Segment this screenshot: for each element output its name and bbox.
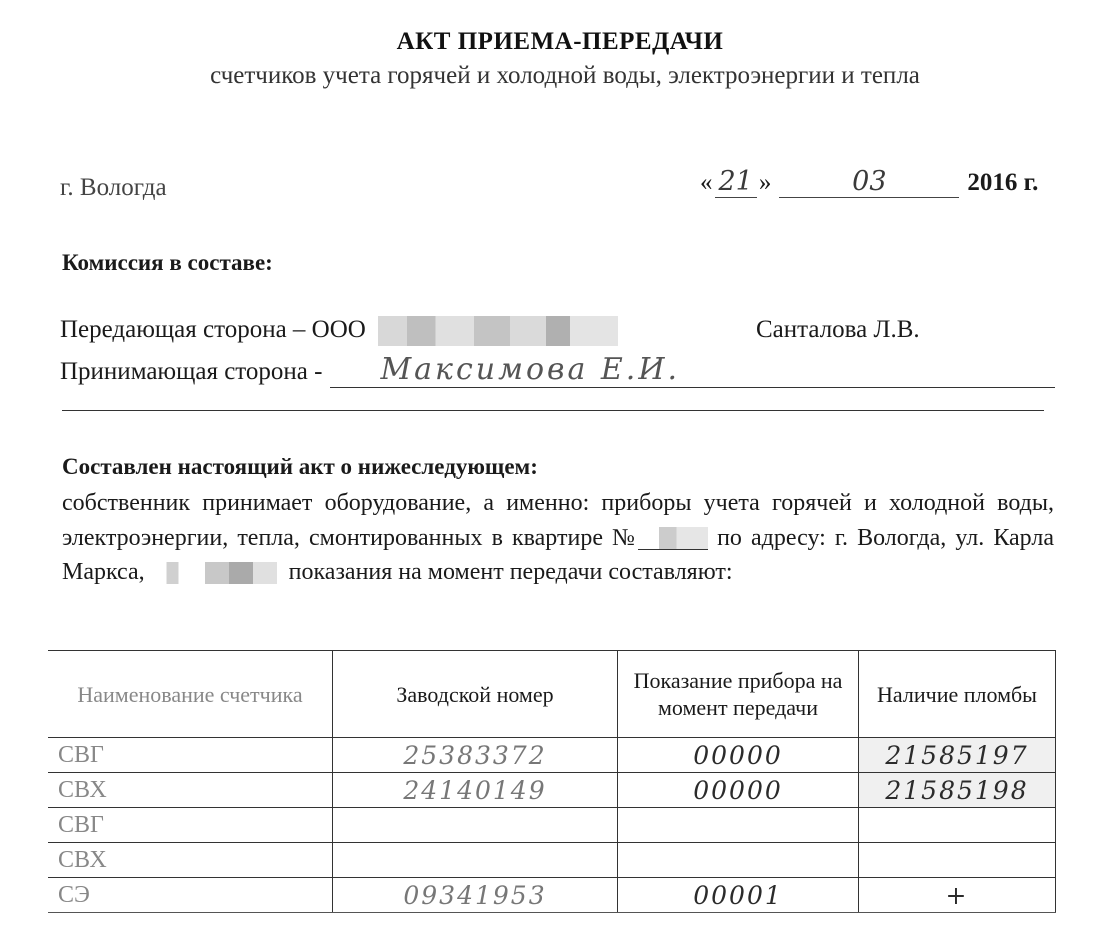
- act-text-part-3: показания на момент передачи составляют:: [283, 559, 733, 585]
- serial-number: [333, 808, 618, 843]
- blank-line: [62, 410, 1044, 411]
- meter-name: СВХ: [48, 773, 333, 808]
- reading: [618, 843, 859, 878]
- serial-number: 24140149: [333, 773, 618, 808]
- seal: +: [859, 878, 1056, 913]
- serial-number: [333, 843, 618, 878]
- seal: [859, 808, 1056, 843]
- commission-heading: Комиссия в составе:: [62, 250, 273, 276]
- date-year: 2016 г.: [967, 169, 1038, 197]
- document-subtitle: счетчиков учета горячей и холодной воды,…: [0, 62, 1100, 90]
- date-day: 21: [715, 166, 757, 198]
- reading: 00000: [618, 773, 859, 808]
- transferring-representative: Санталова Л.В.: [756, 316, 920, 344]
- header-seal: Наличие пломбы: [859, 651, 1056, 738]
- redacted-apartment-number: [638, 527, 708, 550]
- table-row: СВГ 25383372 00000 21585197: [48, 738, 1056, 773]
- seal: 21585197: [859, 738, 1056, 773]
- city: г. Вологда: [60, 174, 167, 202]
- meter-readings-table: Наименование счетчика Заводской номер По…: [48, 650, 1056, 913]
- header-serial-number: Заводской номер: [333, 651, 618, 738]
- meter-name: СВХ: [48, 843, 333, 878]
- table-row: СВХ 24140149 00000 21585198: [48, 773, 1056, 808]
- redacted-house-number: [157, 562, 277, 584]
- seal: [859, 843, 1056, 878]
- close-quote: »: [759, 169, 772, 197]
- meter-name: СВГ: [48, 738, 333, 773]
- receiving-signature-field: Максимова Е.И.: [330, 352, 1055, 388]
- table-row: СВХ: [48, 843, 1056, 878]
- table-row: СВГ: [48, 808, 1056, 843]
- table-row: СЭ 09341953 00001 +: [48, 878, 1056, 913]
- act-heading: Составлен настоящий акт о нижеследующем:: [62, 454, 538, 480]
- receiving-party: Принимающая сторона - Максимова Е.И.: [60, 352, 1060, 388]
- table-header-row: Наименование счетчика Заводской номер По…: [48, 651, 1056, 738]
- document-date: « 21 » 03 2016 г.: [700, 166, 1038, 198]
- receiving-label: Принимающая сторона -: [60, 358, 322, 386]
- header-reading: Показание прибора на момент передачи: [618, 651, 859, 738]
- act-text: собственник принимает оборудование, а им…: [62, 486, 1054, 590]
- serial-number: 25383372: [333, 738, 618, 773]
- document-title: АКТ ПРИЕМА-ПЕРЕДАЧИ: [0, 28, 1100, 56]
- seal: 21585198: [859, 773, 1056, 808]
- meter-name: СВГ: [48, 808, 333, 843]
- header-meter-name: Наименование счетчика: [48, 651, 333, 738]
- serial-number: 09341953: [333, 878, 618, 913]
- reading: 00001: [618, 878, 859, 913]
- reading: [618, 808, 859, 843]
- date-month: 03: [779, 166, 959, 198]
- redacted-company-name: [378, 316, 618, 346]
- transferring-label: Передающая сторона – ООО: [60, 316, 366, 343]
- open-quote: «: [700, 169, 713, 197]
- transferring-party: Передающая сторона – ООО Санталова Л.В.: [60, 316, 1060, 346]
- meter-name: СЭ: [48, 878, 333, 913]
- reading: 00000: [618, 738, 859, 773]
